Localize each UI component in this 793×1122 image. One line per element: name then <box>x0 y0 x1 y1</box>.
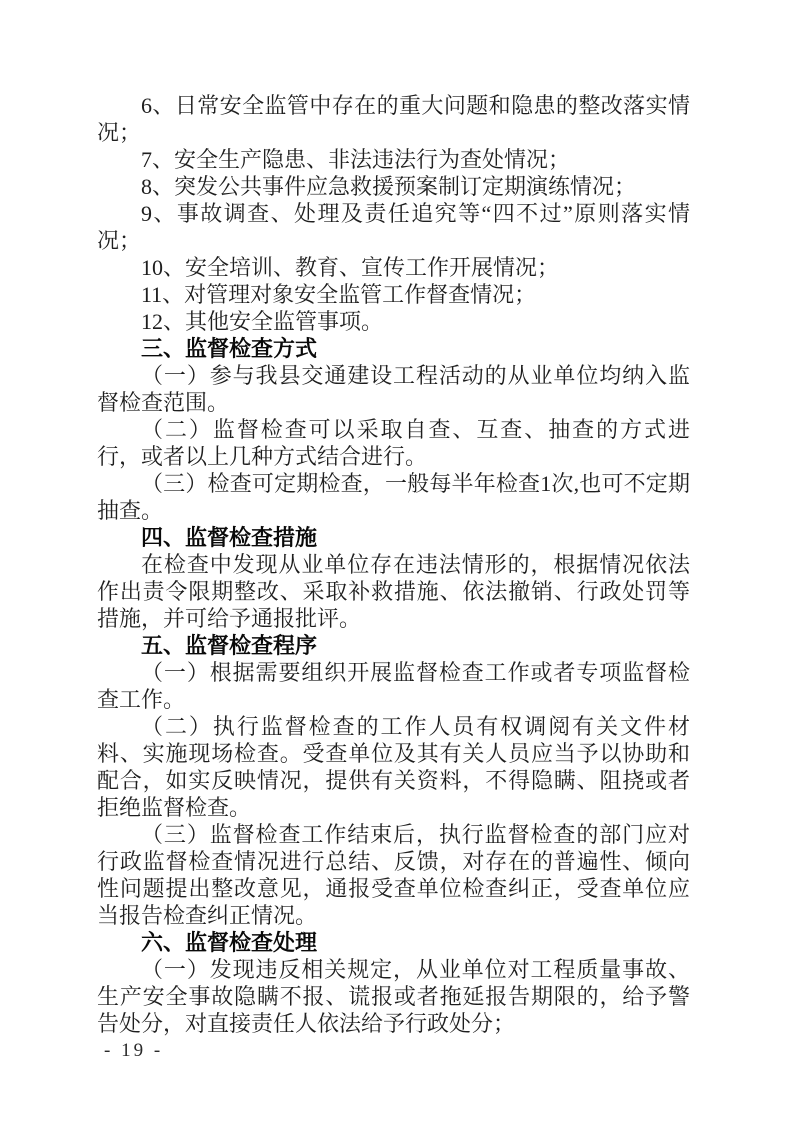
paragraph: 9、事故调查、处理及责任追究等“四不过”原则落实情况； <box>97 200 690 254</box>
section-heading: 四、监督检查措施 <box>97 524 690 551</box>
paragraph: 6、日常安全监管中存在的重大问题和隐患的整改落实情况； <box>97 92 690 146</box>
paragraph: （一）参与我县交通建设工程活动的从业单位均纳入监督检查范围。 <box>97 362 690 416</box>
paragraph: （二）监督检查可以采取自查、互查、抽查的方式进行，或者以上几种方式结合进行。 <box>97 416 690 470</box>
paragraph: 10、安全培训、教育、宣传工作开展情况； <box>97 254 690 281</box>
paragraph: （三）检查可定期检查，一般每半年检查1次,也可不定期抽查。 <box>97 470 690 524</box>
section-heading: 六、监督检查处理 <box>97 929 690 956</box>
paragraph: 11、对管理对象安全监管工作督查情况； <box>97 281 690 308</box>
page-number: - 19 - <box>104 1040 163 1062</box>
section-heading: 五、监督检查程序 <box>97 632 690 659</box>
paragraph: 7、安全生产隐患、非法违法行为查处情况； <box>97 146 690 173</box>
paragraph: （二）执行监督检查的工作人员有权调阅有关文件材料、实施现场检查。受查单位及其有关… <box>97 713 690 821</box>
document-page: 6、日常安全监管中存在的重大问题和隐患的整改落实情况；7、安全生产隐患、非法违法… <box>0 0 793 1122</box>
document-body: 6、日常安全监管中存在的重大问题和隐患的整改落实情况；7、安全生产隐患、非法违法… <box>97 92 690 1037</box>
paragraph: 在检查中发现从业单位存在违法情形的，根据情况依法作出责令限期整改、采取补救措施、… <box>97 551 690 632</box>
paragraph: 8、突发公共事件应急救援预案制订定期演练情况； <box>97 173 690 200</box>
paragraph: （一）根据需要组织开展监督检查工作或者专项监督检查工作。 <box>97 659 690 713</box>
paragraph: 12、其他安全监管事项。 <box>97 308 690 335</box>
section-heading: 三、监督检查方式 <box>97 335 690 362</box>
paragraph: （一）发现违反相关规定，从业单位对工程质量事故、生产安全事故隐瞒不报、谎报或者拖… <box>97 956 690 1037</box>
paragraph: （三）监督检查工作结束后，执行监督检查的部门应对行政监督检查情况进行总结、反馈，… <box>97 821 690 929</box>
